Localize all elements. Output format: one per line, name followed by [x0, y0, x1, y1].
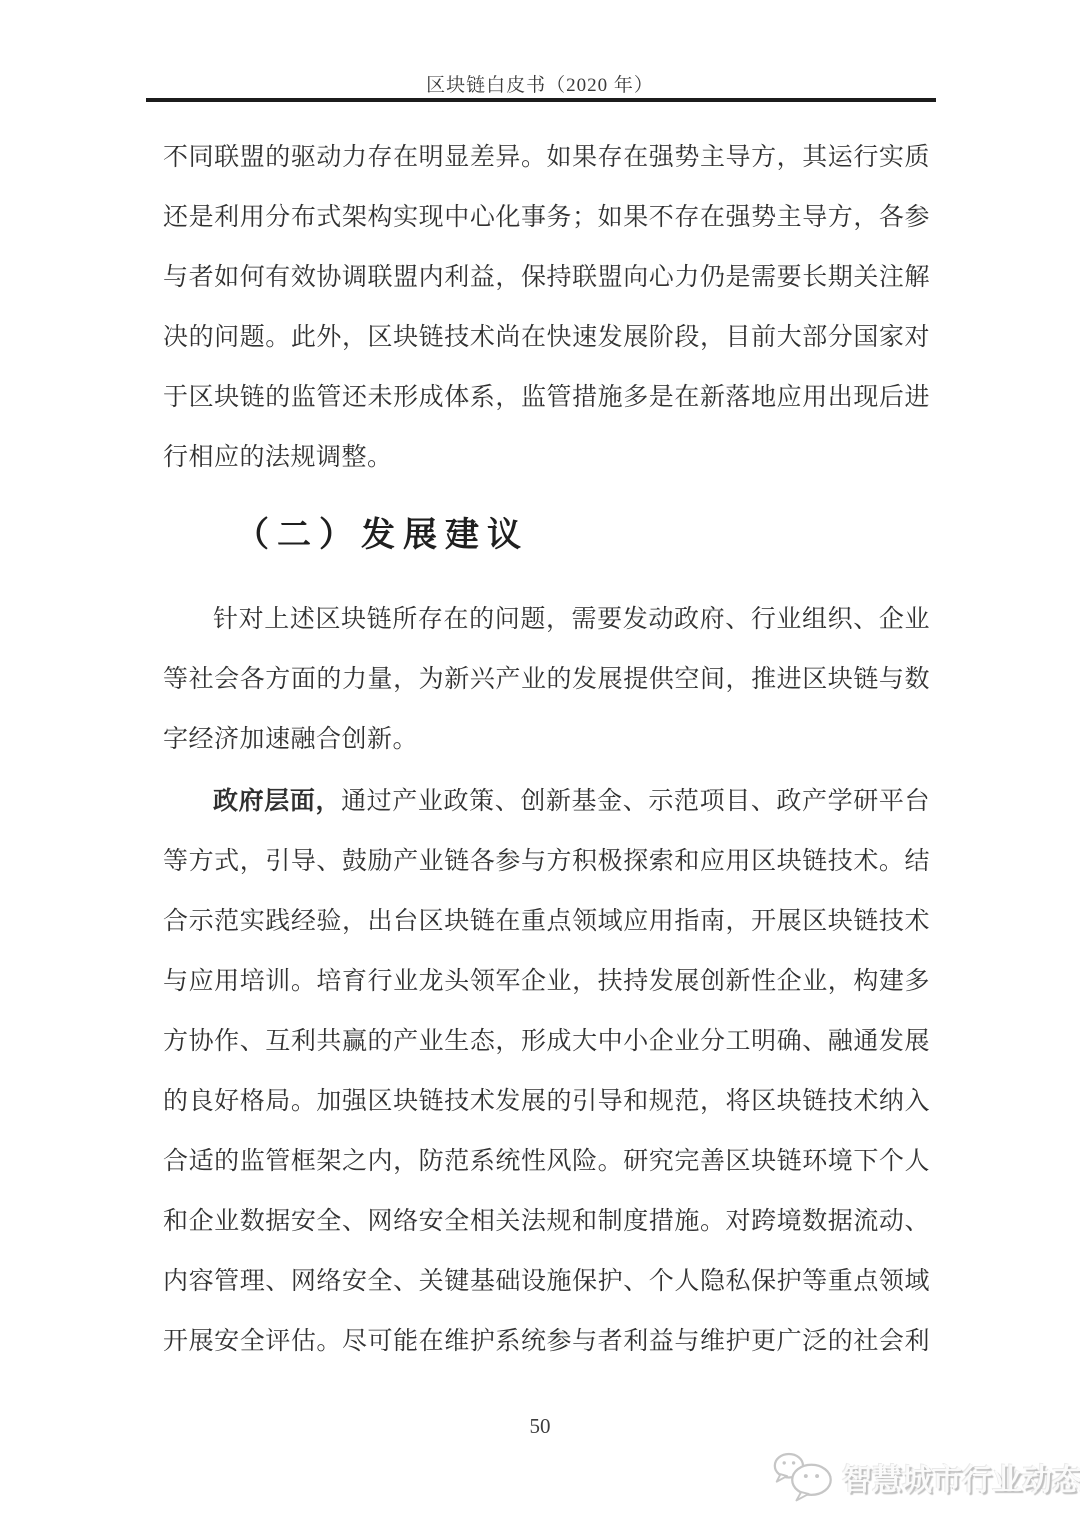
watermark-label: 智慧城市行业动态	[842, 1455, 1080, 1499]
text-line: 和企业数据安全、网络安全相关法规和制度措施。对跨境数据流动、	[163, 1192, 930, 1252]
paragraph-1: 不同联盟的驱动力存在明显差异。如果存在强势主导方，其运行实质 还是利用分布式架构…	[163, 128, 930, 488]
text-line: 合示范实践经验，出台区块链在重点领域应用指南，开展区块链技术	[163, 892, 930, 952]
header-rule	[146, 98, 936, 102]
page-header-title: 区块链白皮书（2020 年）	[0, 70, 1080, 97]
document-page: 区块链白皮书（2020 年） 不同联盟的驱动力存在明显差异。如果存在强势主导方，…	[0, 0, 1080, 1528]
text-line: 针对上述区块链所存在的问题，需要发动政府、行业组织、企业	[163, 590, 930, 650]
text-line: 行相应的法规调整。	[163, 428, 930, 488]
text-line: 等社会各方面的力量，为新兴产业的发展提供空间，推进区块链与数	[163, 650, 930, 710]
text-line: 开展安全评估。尽可能在维护系统参与者利益与维护更广泛的社会利	[163, 1312, 930, 1372]
text-line: 字经济加速融合创新。	[163, 710, 930, 770]
paragraph-3: 政府层面，通过产业政策、创新基金、示范项目、政产学研平台 等方式，引导、鼓励产业…	[163, 772, 930, 1372]
text-line: 合适的监管框架之内，防范系统性风险。研究完善区块链环境下个人	[163, 1132, 930, 1192]
text-line: 方协作、互利共赢的产业生态，形成大中小企业分工明确、融通发展	[163, 1012, 930, 1072]
wechat-icon	[772, 1450, 834, 1504]
text-line: 与应用培训。培育行业龙头领军企业，扶持发展创新性企业，构建多	[163, 952, 930, 1012]
text-line: 政府层面，通过产业政策、创新基金、示范项目、政产学研平台	[163, 772, 930, 832]
text-run: 通过产业政策、创新基金、示范项目、政产学研平台	[341, 788, 930, 815]
text-line: 不同联盟的驱动力存在明显差异。如果存在强势主导方，其运行实质	[163, 128, 930, 188]
watermark: 智慧城市行业动态	[772, 1450, 1080, 1504]
text-line: 还是利用分布式架构实现中心化事务；如果不存在强势主导方，各参	[163, 188, 930, 248]
section-heading: （二）发展建议	[235, 514, 529, 558]
paragraph-lead-bold: 政府层面，	[213, 788, 341, 815]
paragraph-2: 针对上述区块链所存在的问题，需要发动政府、行业组织、企业 等社会各方面的力量，为…	[163, 590, 930, 770]
text-line: 等方式，引导、鼓励产业链各参与方积极探索和应用区块链技术。结	[163, 832, 930, 892]
text-line: 决的问题。此外，区块链技术尚在快速发展阶段，目前大部分国家对	[163, 308, 930, 368]
text-line: 与者如何有效协调联盟内利益，保持联盟向心力仍是需要长期关注解	[163, 248, 930, 308]
text-line: 于区块链的监管还未形成体系，监管措施多是在新落地应用出现后进	[163, 368, 930, 428]
text-line: 内容管理、网络安全、关键基础设施保护、个人隐私保护等重点领域	[163, 1252, 930, 1312]
page-number: 50	[0, 1414, 1080, 1439]
text-line: 的良好格局。加强区块链技术发展的引导和规范，将区块链技术纳入	[163, 1072, 930, 1132]
